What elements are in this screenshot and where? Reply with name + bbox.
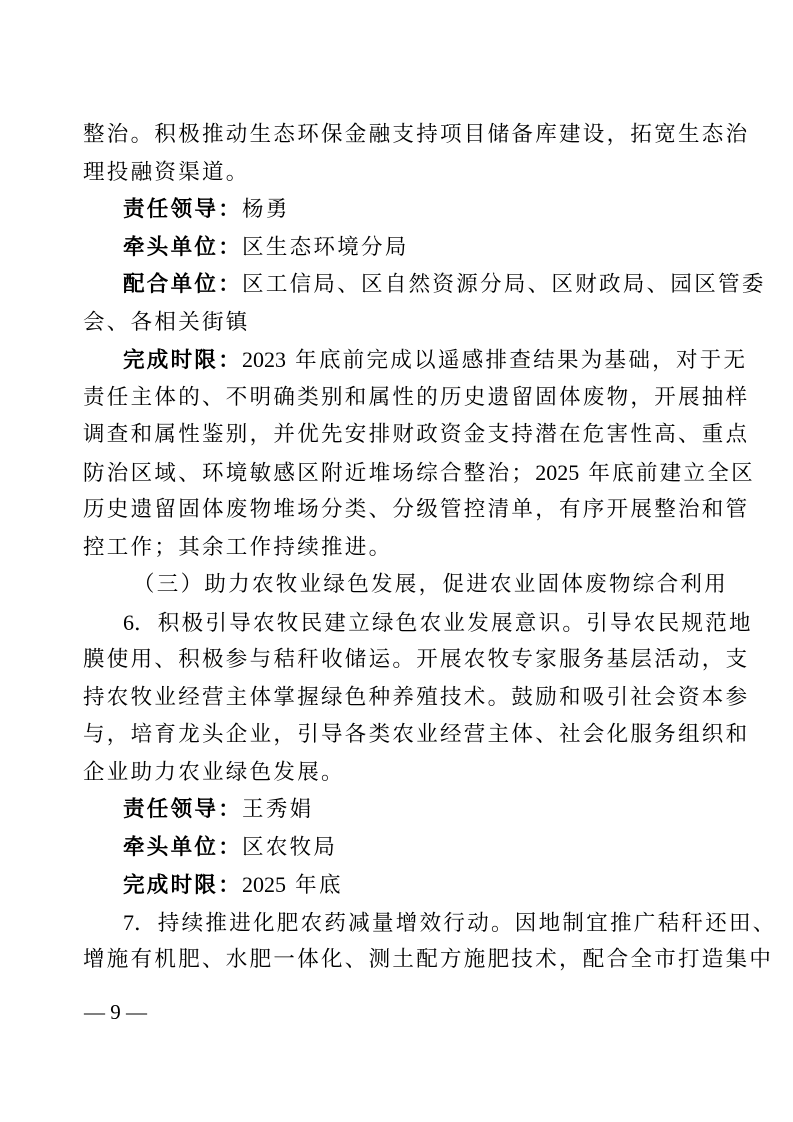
field-label: 责任领导： bbox=[123, 797, 242, 822]
body-line: 企业助力农业绿色发展。 bbox=[83, 754, 715, 792]
body-line: 调查和属性鉴别，并优先安排财政资金支持潜在危害性高、重点 bbox=[83, 416, 715, 454]
line-text: ．持续推进化肥农药减量增效行动。因地制宜推广秸秆还田、 bbox=[134, 911, 777, 936]
body-line: 控工作；其余工作持续推进。 bbox=[83, 529, 715, 567]
responsible-leader-row: 责任领导：王秀娟 bbox=[83, 791, 715, 829]
field-label: 牵头单位： bbox=[123, 235, 242, 260]
body-line: 会、各相关街镇 bbox=[83, 304, 715, 342]
body-line: 与，培育龙头企业，引导各类农业经营主体、社会化服务组织和 bbox=[83, 716, 715, 754]
field-label: 责任领导： bbox=[123, 197, 242, 222]
deadline-row: 完成时限：2023 年底前完成以遥感排查结果为基础，对于无 bbox=[83, 341, 715, 379]
field-value: 王秀娟 bbox=[242, 797, 313, 822]
field-value: 年底前完成以遥感排查结果为基础，对于无 bbox=[286, 348, 747, 373]
field-label: 配合单位： bbox=[123, 272, 242, 297]
field-value: 杨勇 bbox=[242, 197, 290, 222]
item-number: 6 bbox=[123, 610, 134, 635]
field-label: 牵头单位： bbox=[123, 835, 242, 860]
field-label: 完成时限： bbox=[123, 348, 242, 373]
year-number: 2025 bbox=[535, 460, 579, 485]
line-text: 年底前建立全区 bbox=[579, 461, 755, 486]
item-heading-7: 7．持续推进化肥农药减量增效行动。因地制宜推广秸秆还田、 bbox=[83, 904, 715, 942]
item-number: 7 bbox=[123, 910, 134, 935]
field-value: 区农牧局 bbox=[242, 835, 337, 860]
document-page: 整治。积极推动生态环保金融支持项目储备库建设，拓宽生态治 理投融资渠道。 责任领… bbox=[83, 116, 715, 979]
line-text: 防治区域、环境敏感区附近堆场综合整治； bbox=[83, 461, 535, 486]
cooperating-units-row: 配合单位：区工信局、区自然资源分局、区财政局、园区管委 bbox=[83, 266, 715, 304]
field-value: 年底 bbox=[286, 873, 343, 898]
body-line: 责任主体的、不明确类别和属性的历史遗留固体废物，开展抽样 bbox=[83, 379, 715, 417]
year-number: 2023 bbox=[242, 347, 286, 372]
line-text: ．积极引导农牧民建立绿色农业发展意识。引导农民规范地 bbox=[134, 611, 753, 636]
body-line: 理投融资渠道。 bbox=[83, 154, 715, 192]
body-line: 持农牧业经营主体掌握绿色种养殖技术。鼓励和吸引社会资本参 bbox=[83, 679, 715, 717]
body-line: 历史遗留固体废物堆场分类、分级管控清单，有序开展整治和管 bbox=[83, 491, 715, 529]
lead-unit-row: 牵头单位：区农牧局 bbox=[83, 829, 715, 867]
page-number: — 9 — bbox=[84, 1000, 147, 1025]
body-line: 整治。积极推动生态环保金融支持项目储备库建设，拓宽生态治 bbox=[83, 116, 715, 154]
field-value: 区生态环境分局 bbox=[242, 235, 409, 260]
deadline-row: 完成时限：2025 年底 bbox=[83, 866, 715, 904]
item-heading-6: 6．积极引导农牧民建立绿色农业发展意识。引导农民规范地 bbox=[83, 604, 715, 642]
lead-unit-row: 牵头单位：区生态环境分局 bbox=[83, 229, 715, 267]
field-value: 区工信局、区自然资源分局、区财政局、园区管委 bbox=[242, 272, 766, 297]
responsible-leader-row: 责任领导：杨勇 bbox=[83, 191, 715, 229]
section-heading: （三）助力农牧业绿色发展，促进农业固体废物综合利用 bbox=[83, 566, 715, 604]
field-label: 完成时限： bbox=[123, 873, 242, 898]
body-line: 增施有机肥、水肥一体化、测土配方施肥技术，配合全市打造集中 bbox=[83, 941, 715, 979]
body-line: 防治区域、环境敏感区附近堆场综合整治；2025 年底前建立全区 bbox=[83, 454, 715, 492]
year-number: 2025 bbox=[242, 872, 286, 897]
body-line: 膜使用、积极参与秸秆收储运。开展农牧专家服务基层活动，支 bbox=[83, 641, 715, 679]
